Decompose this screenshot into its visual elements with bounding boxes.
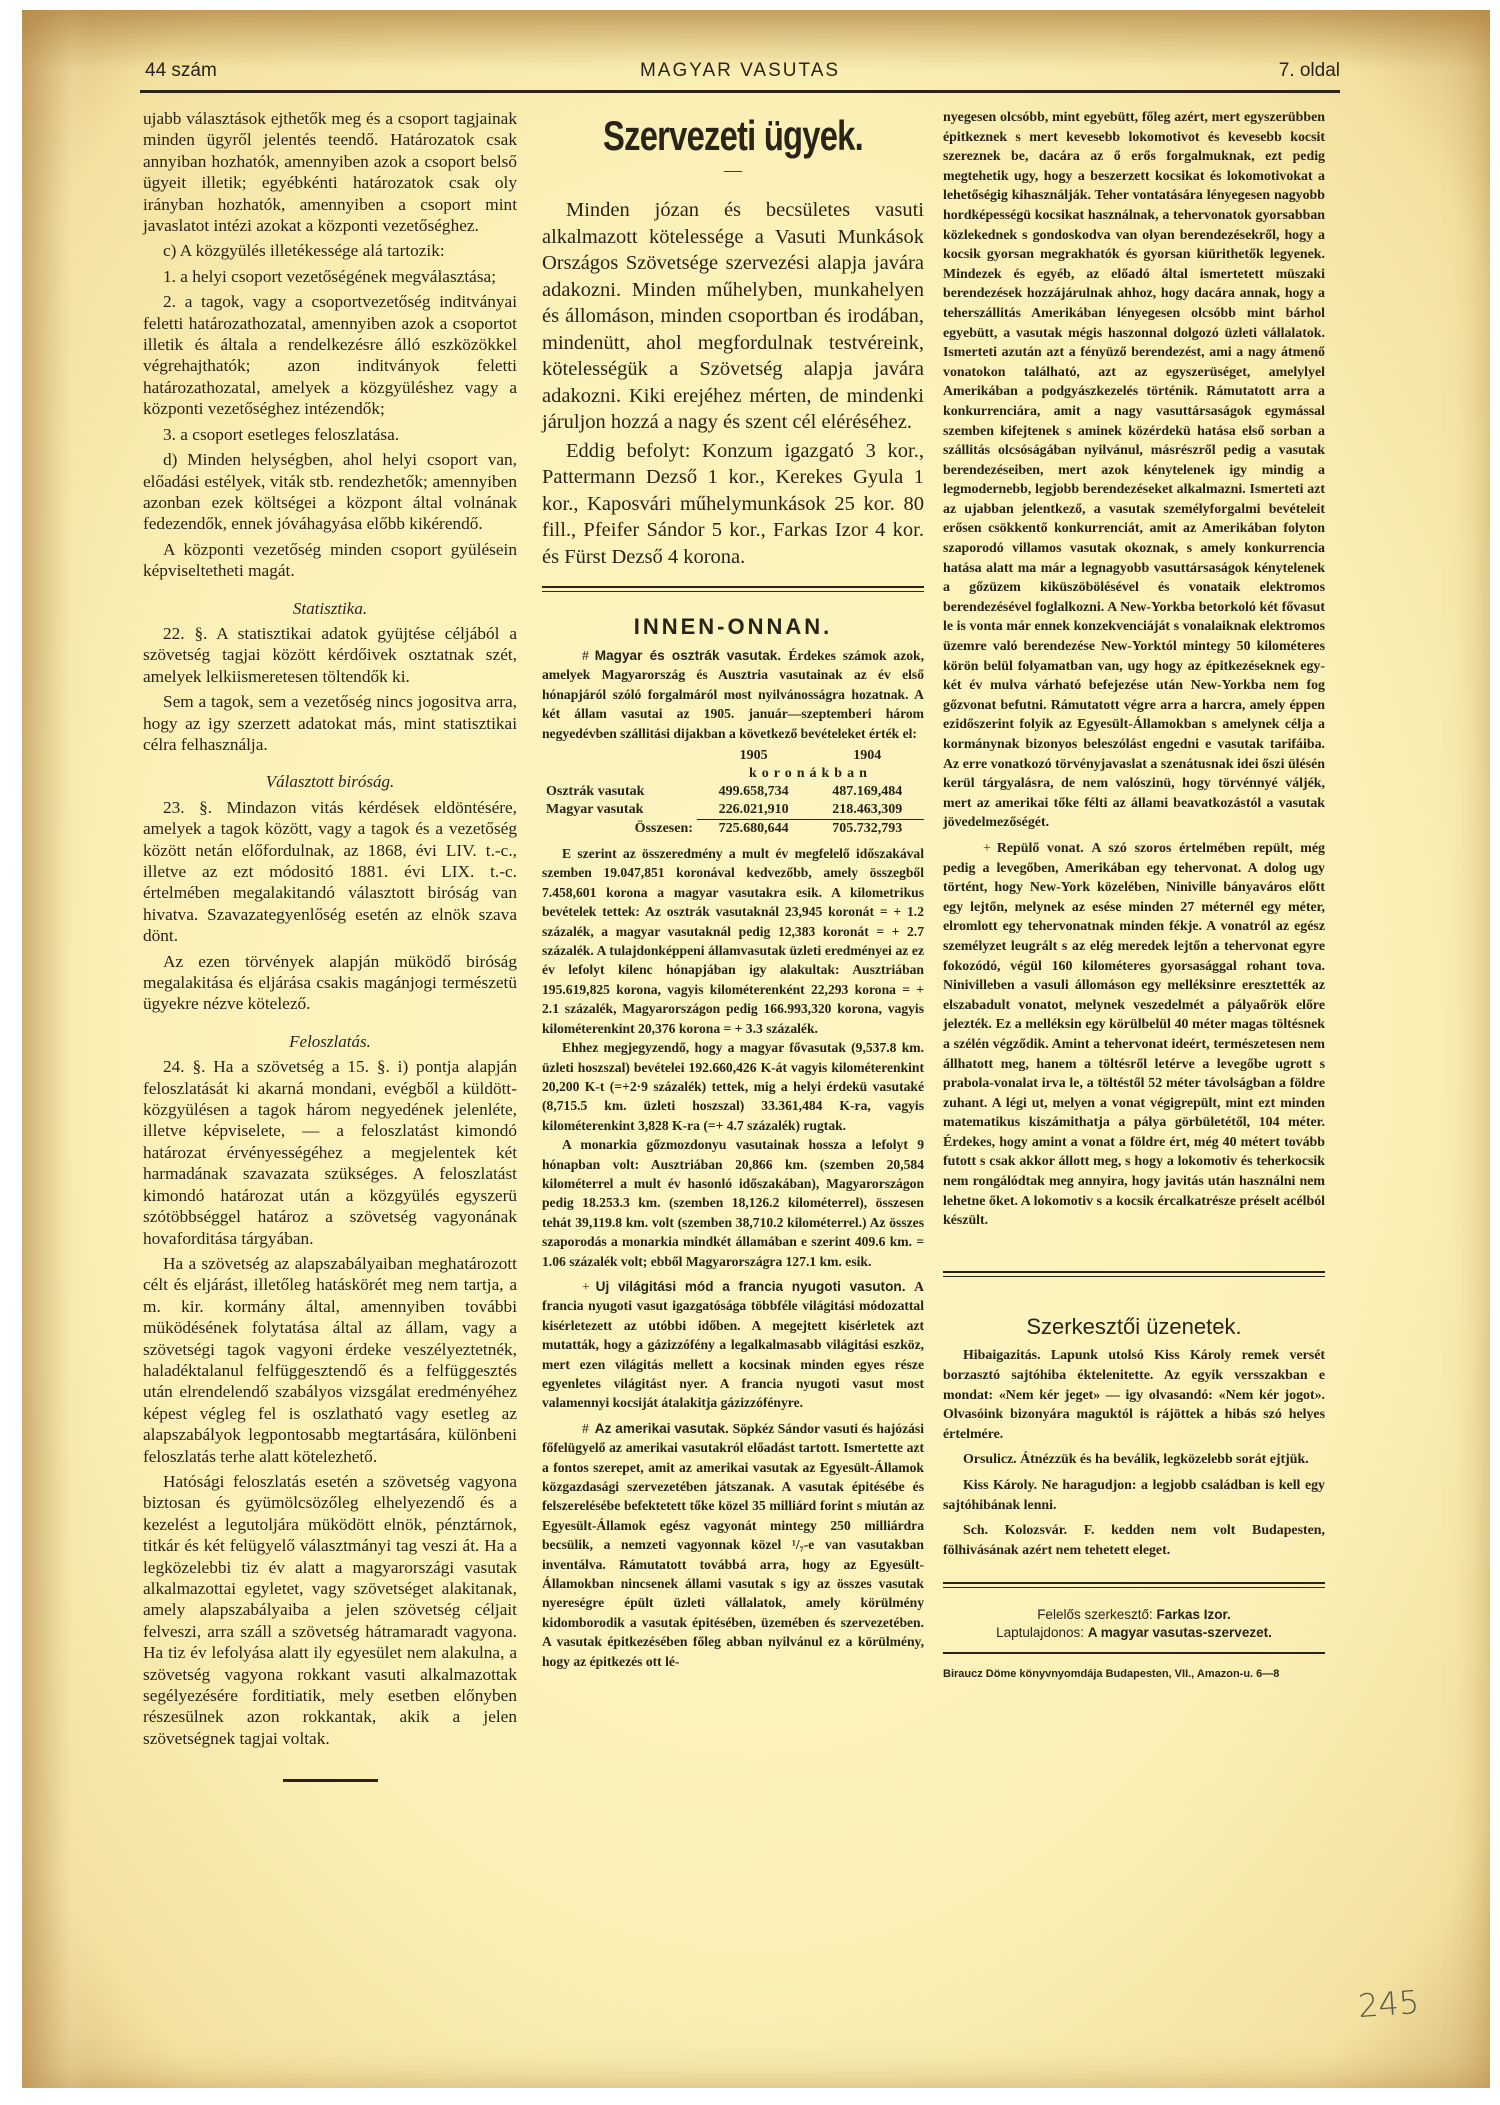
revenue-table: 1905 1904 koronákban Osztrák vasutak 499…: [542, 747, 924, 838]
section-heading: Feloszlatás.: [143, 1031, 517, 1052]
hash-marker-icon: #: [562, 646, 589, 665]
news-headline: Hibaigazitás.: [963, 1348, 1051, 1363]
double-rule: [943, 1271, 1325, 1277]
paragraph: 23. §. Mindazon vitás kérdések eldöntésé…: [143, 797, 517, 947]
cell-1905: 499.658,734: [697, 783, 811, 801]
news-more: +Uj világitási mód a francia nyugoti vas…: [542, 1277, 924, 1671]
section-title-innen-onnan: INNEN-ONNAN.: [542, 614, 924, 640]
table-row: Osztrák vasutak 499.658,734 487.169,484: [542, 783, 924, 801]
news-item: #Az amerikai vasutak. Söpkéz Sándor vasu…: [542, 1419, 924, 1671]
paragraph: 24. §. Ha a szövetség a 15. §. i) pontja…: [143, 1056, 517, 1249]
imprint-editor: Felelős szerkesztő: Farkas Izor.: [943, 1606, 1325, 1624]
news-headline: Magyar és osztrák vasutak.: [595, 648, 789, 663]
page-header: 44 szám MAGYAR VASUTAS 7. oldal: [140, 60, 1340, 90]
left-column: ujabb választások ejthetők meg és a csop…: [143, 108, 517, 1782]
paragraph: Sem a tagok, sem a vezetőség nincs jogos…: [143, 691, 517, 755]
table-total-row: Összesen: 725.680,644 705.732,793: [542, 820, 924, 839]
rule: [943, 1652, 1325, 1655]
left-intro: ujabb választások ejthetők meg és a csop…: [143, 108, 517, 582]
paragraph: Ehhez megjegyzendő, hogy a magyar fővasu…: [542, 1038, 924, 1135]
paragraph: Az ezen törvények alapján müködő biróság…: [143, 951, 517, 1015]
paragraph: 1. a helyi csoport vezetőségének megvála…: [143, 266, 517, 287]
editor-message: Sch. Kolozsvár. F. kedden nem volt Budap…: [943, 1521, 1325, 1560]
table-header-row: 1905 1904: [542, 747, 924, 765]
news-headline: Orsulicz.: [963, 1452, 1020, 1467]
cross-marker-icon: +: [562, 1277, 590, 1296]
news-item: #Magyar és osztrák vasutak. Érdekes szám…: [542, 646, 924, 743]
right-column: nyegesen olcsóbb, mint egyebütt, főleg a…: [943, 108, 1325, 1685]
news-headline: Repülő vonat.: [997, 841, 1092, 856]
table-unit-row: koronákban: [542, 765, 924, 783]
masthead: MAGYAR VASUTAS: [140, 60, 1340, 82]
section-title-szervezeti: Szervezeti ügyek.: [584, 112, 882, 160]
cell-1905: 226.021,910: [697, 801, 811, 820]
news-item: +Uj világitási mód a francia nyugoti vas…: [542, 1277, 924, 1413]
double-rule: [943, 1582, 1325, 1588]
cell-1904: 487.169,484: [810, 783, 924, 801]
table-row: Magyar vasutak 226.021,910 218.463,309: [542, 801, 924, 820]
continued-article: nyegesen olcsóbb, mint egyebütt, főleg a…: [943, 108, 1325, 833]
imprint-owner: Laptulajdonos: A magyar vasutas-szerveze…: [943, 1624, 1325, 1642]
lead-paragraph: Minden józan és becsületes vasuti alkalm…: [542, 197, 924, 436]
total-1905: 725.680,644: [697, 820, 811, 839]
printer-line: Biraucz Döme könyvnyomdája Budapesten, V…: [943, 1665, 1325, 1685]
lead-paragraph: Eddig befolyt: Konzum igazgató 3 kor., P…: [542, 438, 924, 571]
handwritten-page-number: 245: [1357, 1983, 1421, 2025]
news-continuation: E szerint az összeredmény a mult év megf…: [542, 844, 924, 1271]
editor-message: Hibaigazitás. Lapunk utolsó Kiss Károly …: [943, 1346, 1325, 1444]
news-item: #Magyar és osztrák vasutak. Érdekes szám…: [542, 646, 924, 743]
paragraph: A monarkia gőzmozdonyu vasutainak hossza…: [542, 1135, 924, 1271]
page-number: 7. oldal: [1279, 60, 1340, 82]
column-header: 1904: [810, 747, 924, 765]
section-title-szerkesztoi: Szerkesztői üzenetek.: [943, 1317, 1325, 1337]
paragraph: d) Minden helységben, ahol helyi csoport…: [143, 449, 517, 535]
total-label: Összesen:: [542, 820, 697, 839]
paragraph: 22. §. A statisztikai adatok gyüjtése cé…: [143, 623, 517, 687]
paragraph: Hatósági feloszlatás esetén a szövetség …: [143, 1471, 517, 1749]
owner-name: A magyar vasutas-szervezet.: [1088, 1625, 1272, 1640]
paragraph: 2. a tagok, vagy a csoportvezetőség indi…: [143, 291, 517, 419]
news-section: #Magyar és osztrák vasutak. Érdekes szám…: [542, 646, 924, 1671]
paragraph: Ha a szövetség az alapszabályaiban megha…: [143, 1253, 517, 1467]
owner-label: Laptulajdonos:: [996, 1625, 1084, 1640]
paragraph: 3. a csoport esetleges feloszlatása.: [143, 424, 517, 445]
row-label: Osztrák vasutak: [542, 783, 697, 801]
end-rule: [283, 1779, 378, 1782]
lead-article: Minden józan és becsületes vasuti alkalm…: [542, 197, 924, 570]
editor-messages: Hibaigazitás. Lapunk utolsó Kiss Károly …: [943, 1346, 1325, 1560]
paragraph: c) A közgyülés illetékessége alá tartozi…: [143, 240, 517, 261]
editor-message: Orsulicz. Átnézzük és ha beválik, legköz…: [943, 1450, 1325, 1470]
news-headline: Sch. Kolozsvár.: [963, 1523, 1084, 1538]
column-header: 1905: [697, 747, 811, 765]
paragraph: ujabb választások ejthetők meg és a csop…: [143, 108, 517, 236]
header-rule: [140, 90, 1340, 93]
middle-column: Szervezeti ügyek. — Minden józan és becs…: [542, 108, 924, 1671]
hash-marker-icon: #: [562, 1419, 589, 1438]
left-sections: Statisztika.22. §. A statisztikai adatok…: [143, 598, 517, 1750]
paragraph: A központi vezetőség minden csoport gyül…: [143, 539, 517, 582]
editor-message: Kiss Károly. Ne haragudjon: a legjobb cs…: [943, 1476, 1325, 1515]
news-headline: Kiss Károly.: [963, 1478, 1042, 1493]
row-label: Magyar vasutak: [542, 801, 697, 820]
editor-label: Felelős szerkesztő:: [1037, 1607, 1153, 1622]
editor-name: Farkas Izor.: [1157, 1607, 1231, 1622]
news-headline: Uj világitási mód a francia nyugoti vasu…: [596, 1279, 915, 1294]
title-dash: —: [542, 160, 924, 181]
total-1904: 705.732,793: [810, 820, 924, 839]
section-heading: Statisztika.: [143, 598, 517, 619]
cell-1904: 218.463,309: [810, 801, 924, 820]
unit-label: koronákban: [697, 765, 924, 783]
section-heading: Választott biróság.: [143, 771, 517, 792]
news-headline: Az amerikai vasutak.: [595, 1421, 733, 1436]
cross-marker-icon: +: [963, 839, 991, 859]
right-news: +Repülő vonat. A szó szoros értelmében r…: [943, 839, 1325, 1231]
double-rule: [542, 586, 924, 592]
paragraph: E szerint az összeredmény a mult év megf…: [542, 844, 924, 1038]
paragraph: nyegesen olcsóbb, mint egyebütt, főleg a…: [943, 108, 1325, 833]
news-item: +Repülő vonat. A szó szoros értelmében r…: [943, 839, 1325, 1231]
